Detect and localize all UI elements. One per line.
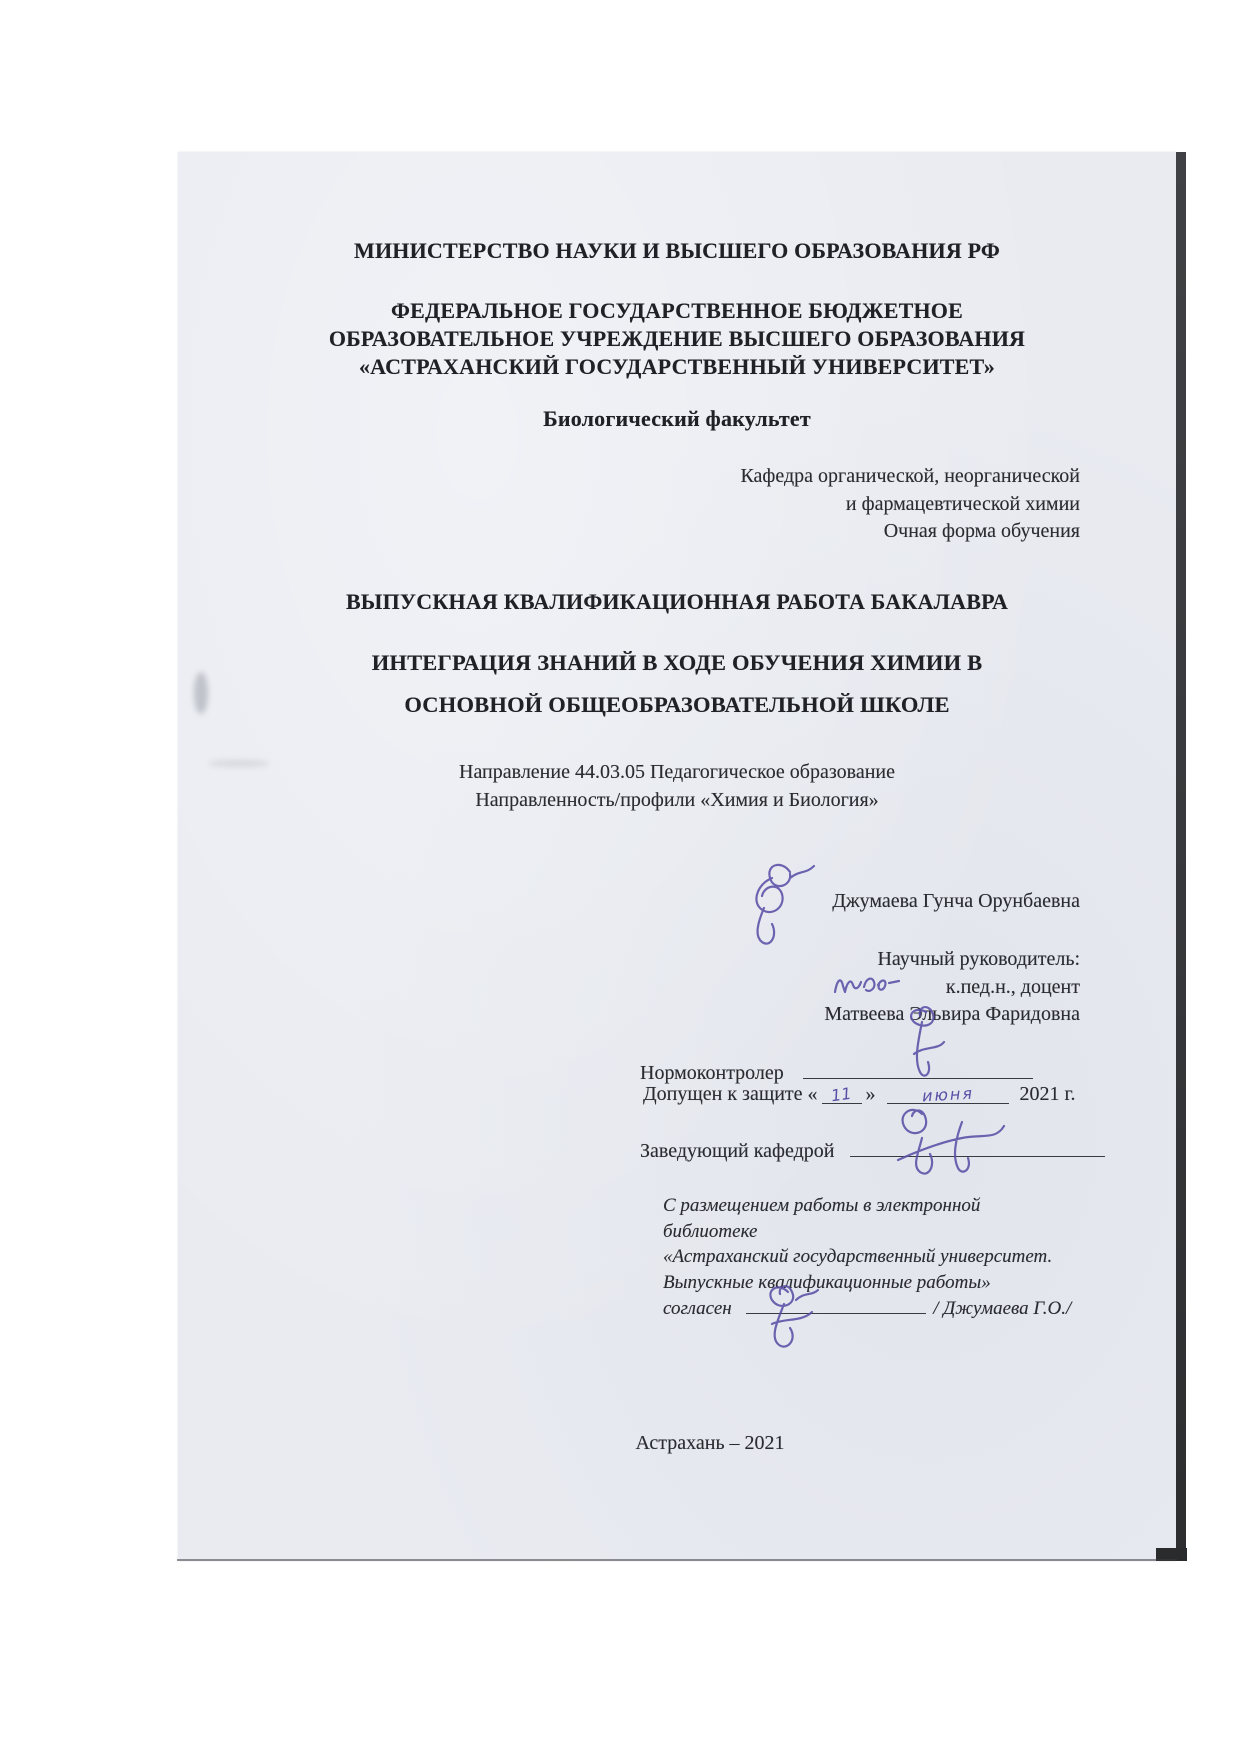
admission-month-handwritten: июня [921,1084,974,1106]
head-signature-line [850,1136,1105,1157]
thesis-title-line: ОСНОВНОЙ ОБЩЕОБРАЗОВАТЕЛЬНОЙ ШКОЛЕ [178,684,1176,726]
thesis-title: ИНТЕГРАЦИЯ ЗНАНИЙ В ХОДЕ ОБУЧЕНИЯ ХИМИИ … [178,642,1176,726]
author-name: Джумаева Гунча Орунбаевна [832,890,1080,913]
faculty-line: Биологический факультет [178,406,1176,432]
consent-line: Выпускные квалификационные работы» [663,1270,1093,1296]
head-label: Заведующий кафедрой [640,1140,835,1162]
institution-line: ФЕДЕРАЛЬНОЕ ГОСУДАРСТВЕННОЕ БЮДЖЕТНОЕ [178,297,1176,325]
normcontrol-signature-line [803,1058,1033,1079]
consent-block: С размещением работы в электронной библи… [663,1193,1093,1322]
scan-edge-shadow-bottom [177,1559,1177,1561]
normcontrol-row: Нормоконтролер [640,1058,1033,1085]
head-row: Заведующий кафедрой [640,1136,1105,1163]
consent-line: С размещением работы в электронной [663,1193,1093,1219]
consent-line: библиотеке [663,1219,1093,1245]
admission-year: 2021 г. [1020,1083,1076,1105]
admission-day-line: 11 [822,1083,862,1104]
program-line: Направление 44.03.05 Педагогическое обра… [178,758,1176,786]
admission-day-handwritten: 11 [830,1084,853,1106]
consent-signature-line [746,1295,926,1314]
scan-edge-shadow-right [1176,152,1186,1561]
program-line: Направленность/профили «Химия и Биология… [178,786,1176,814]
supervisor-label: Научный руководитель: [824,946,1080,974]
consent-line: «Астраханский государственный университе… [663,1244,1093,1270]
supervisor-degree: к.пед.н., доцент [824,974,1080,1002]
department-line: Кафедра органической, неорганической [740,463,1080,491]
study-form-line: Очная форма обучения [740,518,1080,546]
author-signature [744,858,818,950]
work-type-line: ВЫПУСКНАЯ КВАЛИФИКАЦИОННАЯ РАБОТА БАКАЛА… [178,589,1176,615]
city-year-line: Астрахань – 2021 [244,1432,1176,1455]
institution-block: ФЕДЕРАЛЬНОЕ ГОСУДАРСТВЕННОЕ БЮДЖЕТНОЕ ОБ… [178,297,1176,381]
program-block: Направление 44.03.05 Педагогическое обра… [178,758,1176,814]
department-line: и фармацевтической химии [740,491,1080,519]
scanned-title-page: { "colors": { "page_bg": "#e9ebf1", "tex… [0,0,1241,1755]
institution-line: ОБРАЗОВАТЕЛЬНОЕ УЧРЕЖДЕНИЕ ВЫСШЕГО ОБРАЗ… [178,325,1176,353]
admission-prefix: Допущен к защите « [643,1083,818,1105]
normcontrol-label: Нормоконтролер [640,1062,784,1084]
supervisor-name: Матвеева Эльвира Фаридовна [824,1001,1080,1029]
admission-row: Допущен к защите «11» июня 2021 г. [643,1083,1076,1106]
scanned-page: МИНИСТЕРСТВО НАУКИ И ВЫСШЕГО ОБРАЗОВАНИЯ… [178,152,1176,1561]
admission-month-line: июня [887,1083,1009,1104]
department-block: Кафедра органической, неорганической и ф… [740,463,1080,546]
consent-signature-name: / Джумаева Г.О./ [933,1298,1071,1319]
thesis-title-line: ИНТЕГРАЦИЯ ЗНАНИЙ В ХОДЕ ОБУЧЕНИЯ ХИМИИ … [178,642,1176,684]
consent-agree-row: согласен / Джумаева Г.О./ [663,1295,1093,1322]
ministry-line: МИНИСТЕРСТВО НАУКИ И ВЫСШЕГО ОБРАЗОВАНИЯ… [178,238,1176,264]
consent-agree-label: согласен [663,1298,732,1319]
supervisor-block: Научный руководитель: к.пед.н., доцент М… [824,946,1080,1029]
institution-line: «АСТРАХАНСКИЙ ГОСУДАРСТВЕННЫЙ УНИВЕРСИТЕ… [178,353,1176,381]
admission-quote-close: » [866,1083,876,1105]
